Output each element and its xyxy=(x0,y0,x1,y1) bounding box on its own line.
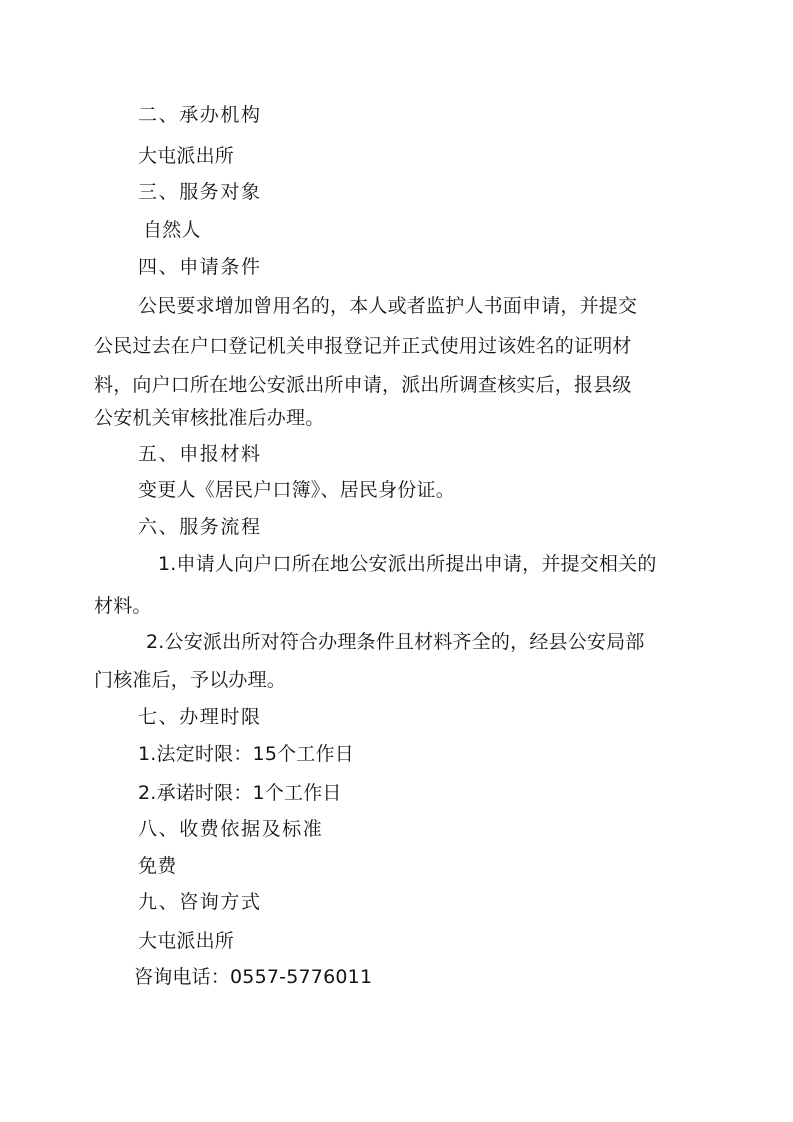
legal-time-limit: 1.法定时限：15个工作日 xyxy=(138,742,354,766)
section-heading-conditions: 四、申请条件 xyxy=(138,255,262,279)
section-heading-contact: 九、咨询方式 xyxy=(138,890,262,914)
materials-value: 变更人《居民户口簿》、居民身份证。 xyxy=(138,478,455,502)
conditions-paragraph-line-4: 公安机关审核批准后办理。 xyxy=(94,406,324,430)
contact-organization: 大屯派出所 xyxy=(138,929,234,953)
conditions-paragraph-line-1: 公民要求增加曾用名的，本人或者监护人书面申请，并提交 xyxy=(138,294,637,318)
service-target-value: 自然人 xyxy=(143,218,201,242)
fee-value: 免费 xyxy=(138,854,176,878)
promised-time-limit: 2.承诺时限：1个工作日 xyxy=(138,781,342,805)
section-heading-time-limit: 七、办理时限 xyxy=(138,705,262,729)
section-heading-materials: 五、申报材料 xyxy=(138,442,262,466)
process-step-2-line-2: 门核准后，予以办理。 xyxy=(94,668,286,692)
contact-phone: 咨询电话：0557-5776011 xyxy=(134,965,372,989)
section-heading-process: 六、服务流程 xyxy=(138,515,262,539)
conditions-paragraph-line-3: 料，向户口所在地公安派出所申请，派出所调查核实后，报县级 xyxy=(94,373,632,397)
conditions-paragraph-line-2: 公民过去在户口登记机关申报登记并正式使用过该姓名的证明材 xyxy=(94,334,632,358)
process-step-1-line-1: 1.申请人向户口所在地公安派出所提出申请，并提交相关的 xyxy=(158,552,657,576)
section-heading-fees: 八、收费依据及标准 xyxy=(138,817,323,841)
organizer-name: 大屯派出所 xyxy=(138,144,234,168)
section-heading-organizer: 二、承办机构 xyxy=(138,103,262,127)
document-page: 二、承办机构 大屯派出所 三、服务对象 自然人 四、申请条件 公民要求增加曾用名… xyxy=(0,0,793,1122)
process-step-2-line-1: 2.公安派出所对符合办理条件且材料齐全的，经县公安局部 xyxy=(146,630,645,654)
process-step-1-line-2: 材料。 xyxy=(94,594,152,618)
section-heading-service-target: 三、服务对象 xyxy=(138,180,262,204)
